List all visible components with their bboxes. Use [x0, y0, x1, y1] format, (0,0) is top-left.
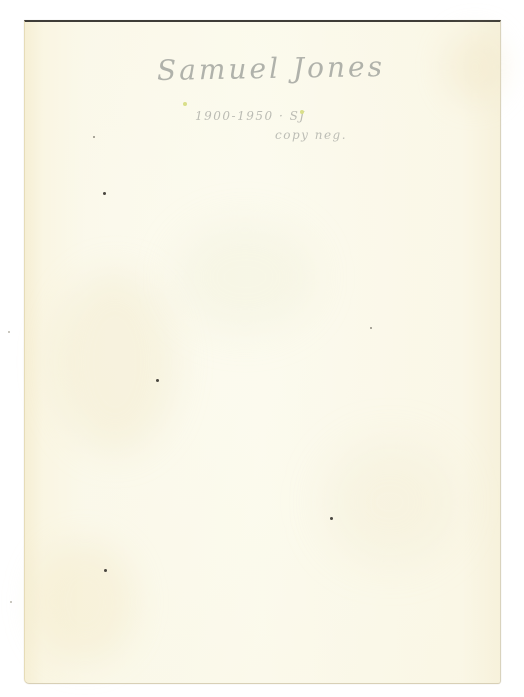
age-stain — [325, 442, 455, 562]
age-stain — [445, 32, 505, 102]
pencil-inscription-note: copy neg. — [275, 128, 347, 142]
photo-card-back: Samuel Jones 1900-1950 · SJ copy neg. — [24, 20, 501, 684]
dust-speck — [8, 331, 10, 333]
yellow-spot — [300, 110, 304, 114]
speck — [330, 517, 333, 520]
dust-speck — [10, 601, 12, 603]
pencil-inscription-dates: 1900-1950 · SJ — [195, 109, 306, 123]
speck — [104, 569, 107, 572]
speck — [103, 192, 106, 195]
speck — [370, 327, 372, 329]
age-stain — [35, 542, 135, 662]
yellow-spot — [183, 102, 187, 106]
speck — [156, 379, 159, 382]
age-stain — [55, 272, 175, 452]
pencil-inscription-name: Samuel Jones — [157, 50, 385, 87]
age-stain — [175, 222, 315, 332]
scan-background: Samuel Jones 1900-1950 · SJ copy neg. — [0, 0, 524, 697]
speck — [93, 136, 95, 138]
